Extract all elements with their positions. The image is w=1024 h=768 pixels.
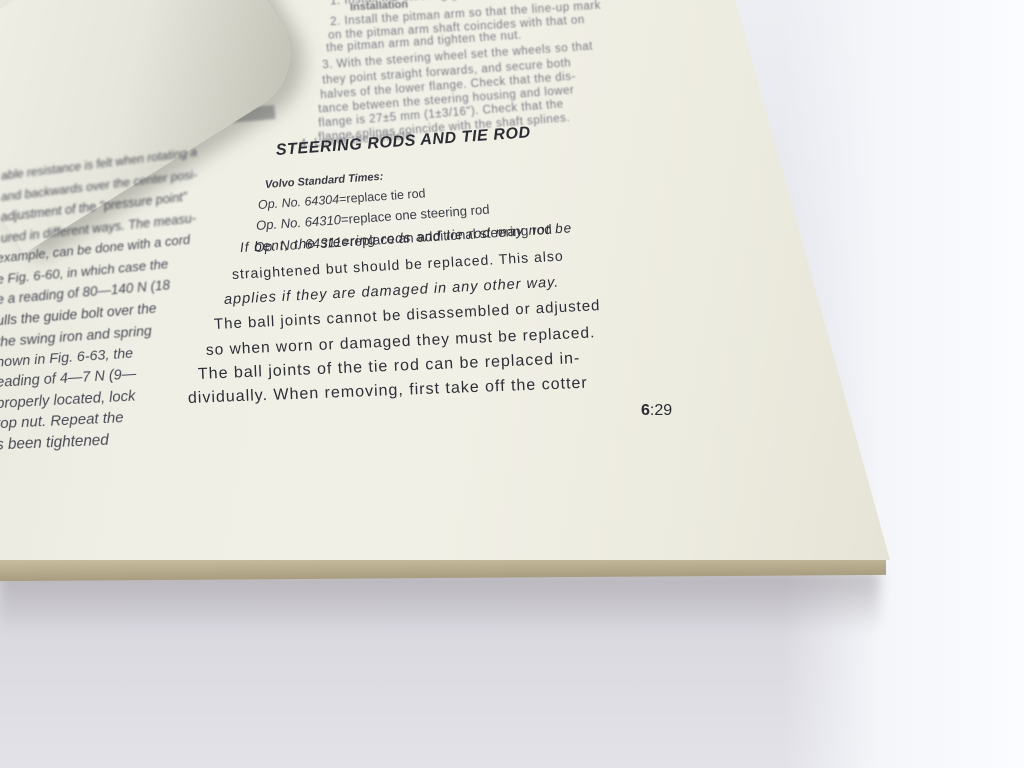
operation-number: Op. No. 64304 <box>258 192 340 212</box>
page-number-value: 29 <box>654 402 672 419</box>
operation-description: =replace one steering rod <box>340 202 490 227</box>
standard-times-label: Volvo Standard Times: <box>265 171 384 191</box>
page-number: 6:29 <box>641 402 672 420</box>
operation-description: =replace tie rod <box>339 186 426 206</box>
page-content: 6-62 Fig. 6-62 Center position (.002") I… <box>0 0 1024 768</box>
operation-number: Op. No. 64310 <box>255 212 341 233</box>
chapter-number: 6 <box>641 402 650 419</box>
